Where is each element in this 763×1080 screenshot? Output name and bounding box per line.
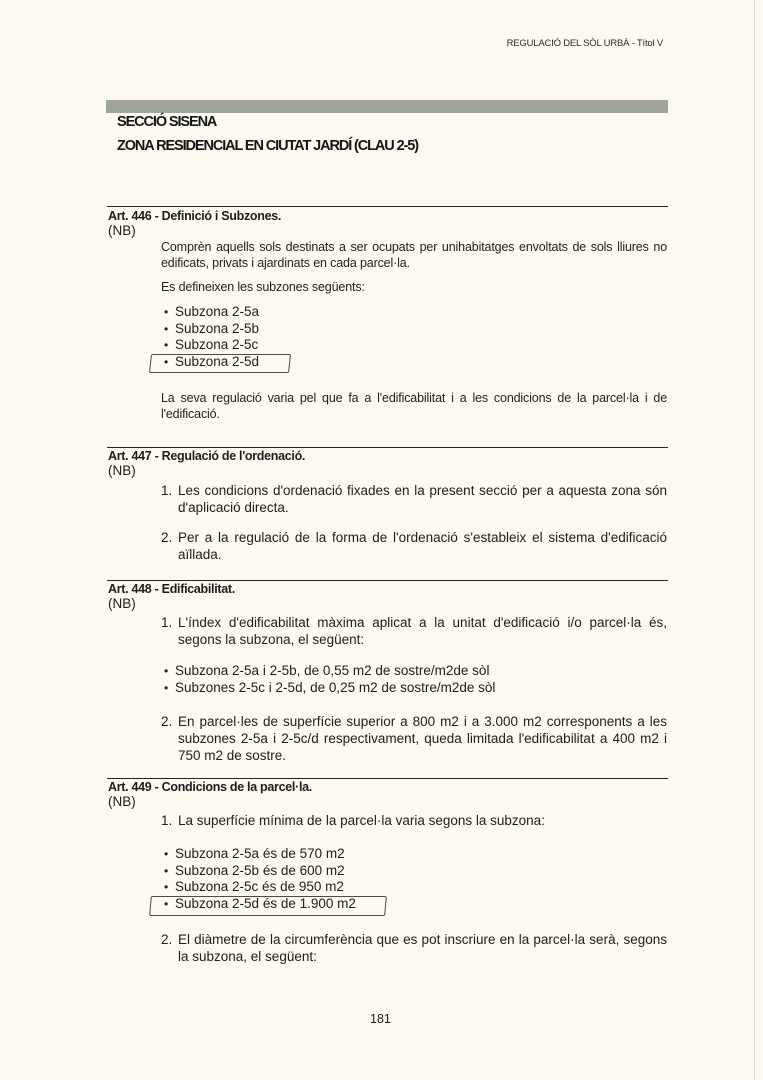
item-number: 2. <box>161 931 172 948</box>
item-text: Per a la regulació de la forma de l'orde… <box>178 530 667 562</box>
list-item: Subzona 2-5a és de 570 m2 <box>164 846 356 863</box>
page-edge <box>754 0 755 1080</box>
item-text: En parcel·les de superfície superior a 8… <box>178 714 667 763</box>
article-source: (NB) <box>108 223 136 238</box>
handwritten-box-mark <box>149 354 291 373</box>
list-item: Subzona 2-5b <box>164 321 259 338</box>
page-number: 181 <box>370 1012 391 1026</box>
divider <box>107 580 668 581</box>
item-number: 1. <box>161 482 172 499</box>
item-text: L'índex d'edificabilitat màxima aplicat … <box>178 615 667 647</box>
numbered-item: 2. El diàmetre de la circumferència que … <box>161 931 667 965</box>
item-text: El diàmetre de la circumferència que es … <box>178 932 667 964</box>
item-number: 2. <box>161 529 172 546</box>
list-item: Subzona 2-5c <box>164 337 259 354</box>
list-item: Subzona 2-5a <box>164 304 259 321</box>
item-number: 1. <box>161 614 172 631</box>
article-source: (NB) <box>108 463 136 478</box>
article-paragraph: La seva regulació varia pel que fa a l'e… <box>161 390 667 422</box>
divider <box>107 447 668 448</box>
numbered-item: 2. Per a la regulació de la forma de l'o… <box>161 529 667 563</box>
article-source: (NB) <box>108 596 136 611</box>
numbered-item: 1. L'índex d'edificabilitat màxima aplic… <box>161 614 667 648</box>
edificabilitat-list: Subzona 2-5a i 2-5b, de 0,55 m2 de sostr… <box>164 663 495 696</box>
divider <box>107 206 668 207</box>
item-number: 2. <box>161 713 172 730</box>
item-text: Les condicions d'ordenació fixades en la… <box>178 483 667 515</box>
section-label: SECCIÓ SISENA <box>117 114 216 130</box>
list-item: Subzona 2-5b és de 600 m2 <box>164 863 356 880</box>
section-title: ZONA RESIDENCIAL EN CIUTAT JARDÍ (CLAU 2… <box>117 138 418 154</box>
list-item: Subzona 2-5c és de 950 m2 <box>164 879 356 896</box>
running-header: REGULACIÓ DEL SÒL URBÀ - Títol V <box>507 38 663 49</box>
list-item: Subzona 2-5a i 2-5b, de 0,55 m2 de sostr… <box>164 663 495 680</box>
section-bar <box>106 100 668 113</box>
article-source: (NB) <box>108 794 136 809</box>
item-text: La superfície mínima de la parcel·la var… <box>178 813 545 828</box>
item-number: 1. <box>161 812 172 829</box>
article-title-446: Art. 446 - Definició i Subzones. <box>108 209 281 223</box>
handwritten-box-mark <box>149 896 387 916</box>
numbered-item: 1. Les condicions d'ordenació fixades en… <box>161 482 667 516</box>
article-paragraph: Es defineixen les subzones següents: <box>161 279 667 295</box>
numbered-item: 1. La superfície mínima de la parcel·la … <box>161 812 667 829</box>
divider <box>107 778 668 779</box>
article-title-448: Art. 448 - Edificabilitat. <box>108 582 235 596</box>
numbered-item: 2. En parcel·les de superfície superior … <box>161 713 667 764</box>
article-paragraph: Comprèn aquells sols destinats a ser ocu… <box>161 239 667 271</box>
article-title-447: Art. 447 - Regulació de l'ordenació. <box>108 449 305 463</box>
list-item: Subzones 2-5c i 2-5d, de 0,25 m2 de sost… <box>164 680 495 697</box>
article-title-449: Art. 449 - Condicions de la parcel·la. <box>108 780 312 794</box>
